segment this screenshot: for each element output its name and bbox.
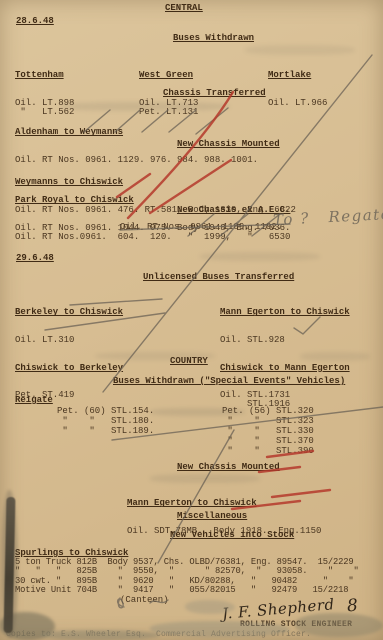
section-heading-new-chassis-mounted: New Chassis Mounted <box>177 140 280 149</box>
entry-title: Mann Egerton to Chiswick <box>220 308 350 317</box>
entry-title: Berkeley to Chiswick <box>15 308 123 317</box>
stain-mark <box>295 613 383 637</box>
section-heading-unlicensed-transferred: Unlicensed Buses Transferred <box>143 273 294 282</box>
document-page: CENTRAL 28.6.48 Buses Withdrawn Tottenha… <box>0 0 383 640</box>
stain-mark <box>40 630 160 640</box>
aec-line: Oil. RT Nos. 0961. 1189. 1192. <box>120 223 282 232</box>
section-heading-new-vehicles: New Vehicles into Stock <box>170 531 294 540</box>
entry-title: Aldenham to Weymanns <box>15 128 258 137</box>
paper-smudge <box>300 352 370 361</box>
entry-line: Oil. LT.310 <box>15 336 123 345</box>
column-title: Mortlake <box>268 71 327 80</box>
stain-mark <box>185 600 235 614</box>
section-heading-withdrawn-special: Buses Withdrawn ("Special Events" Vehicl… <box>113 377 345 386</box>
date-1: 28.6.48 <box>16 17 54 26</box>
section-heading-new-chassis-mounted-country: New Chassis Mounted <box>177 463 280 472</box>
canteen-note: (Canteen) <box>120 596 169 605</box>
entry-park-royal-chiswick: Park Royal to Chiswick Oil. RT Nos. 0961… <box>15 178 290 261</box>
region-heading-central: CENTRAL <box>165 4 203 13</box>
paper-smudge <box>245 45 355 55</box>
entry-title: Mann Egerton to Chiswick <box>127 499 321 508</box>
column-mortlake: Mortlake Oil. LT.966 <box>268 53 327 127</box>
column-title: Tottenham <box>15 71 74 80</box>
stain-mark <box>150 621 290 637</box>
paper-smudge <box>95 352 215 360</box>
section-heading-miscellaneous: Miscellaneous <box>177 512 247 521</box>
paper-smudge <box>200 252 320 261</box>
reigate-left-list: Pet. (60) STL.154. " " STL.180. " " STL.… <box>57 406 154 436</box>
date-2: 29.6.48 <box>16 254 54 263</box>
entry-title: Chiswick to Mann Egerton <box>220 364 350 373</box>
entry-line: Oil. STL.928 <box>220 336 350 345</box>
column-values: Oil. LT.966 <box>268 99 327 108</box>
paper-smudge <box>150 408 245 416</box>
paper-smudge <box>60 102 230 111</box>
new-vehicles-table: 5 ton Truck 812B Body 9537, Chs. OLBD/76… <box>15 558 359 596</box>
entry-title: Chiswick to Berkeley <box>15 364 123 373</box>
location-reigate: Reigate <box>15 396 53 405</box>
paper-smudge <box>150 474 260 483</box>
column-title: West Green <box>139 71 198 80</box>
section-heading-buses-withdrawn: Buses Withdrawn <box>173 34 254 43</box>
section-heading-chassis-transferred: Chassis Transferred <box>163 89 266 98</box>
